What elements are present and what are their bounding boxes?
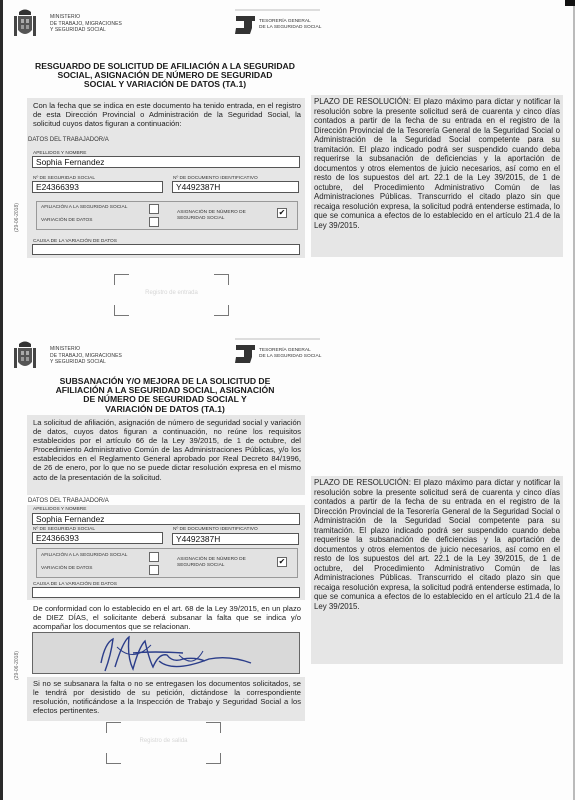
stamp-corner xyxy=(214,274,229,285)
afiliacion-label: AFILIACIÓN A LA SEGURIDAD SOCIAL xyxy=(41,553,127,559)
causa-field[interactable] xyxy=(32,244,300,255)
scan-edge-left xyxy=(0,0,3,800)
variacion-checkbox[interactable] xyxy=(149,565,159,575)
stamp-label: Registro de salida xyxy=(106,738,221,744)
title-line: VARIACIÓN DE DATOS (TA.1) xyxy=(20,405,310,414)
divider xyxy=(235,338,320,340)
asignacion-label-line: SEGURIDAD SOCIAL xyxy=(177,563,246,569)
tgss-line: DE LA SEGURIDAD SOCIAL xyxy=(259,354,321,360)
asignacion-checkbox[interactable]: ✔ xyxy=(277,208,287,218)
tgss-name: TESORERÍA GENERAL DE LA SEGURIDAD SOCIAL xyxy=(259,19,321,31)
intro-copy2: La solicitud de afiliación, asignación d… xyxy=(33,418,301,482)
warning-text: Si no se subsanara la falta o no se entr… xyxy=(33,679,301,715)
variacion-label: VARIACIÓN DE DATOS xyxy=(41,218,92,224)
stamp-corner xyxy=(106,753,121,764)
afiliacion-checkbox[interactable] xyxy=(149,552,159,562)
asignacion-label-line: SEGURIDAD SOCIAL xyxy=(177,216,246,222)
causa-field[interactable] xyxy=(32,587,300,598)
asignacion-label: ASIGNACIÓN DE NÚMERO DE SEGURIDAD SOCIAL xyxy=(177,210,246,222)
title-copy2: SUBSANACIÓN Y/O MEJORA DE LA SOLICITUD D… xyxy=(20,377,310,414)
ministry-name: MINISTERIO DE TRABAJO, MIGRACIONES Y SEG… xyxy=(50,14,122,34)
ss-number-field[interactable]: E24366393 xyxy=(32,181,163,193)
stamp-label: Registro de entrada xyxy=(114,290,229,296)
title-line: SOCIAL Y VARIACIÓN DE DATOS (TA.1) xyxy=(20,80,310,89)
ministry-name: MINISTERIO DE TRABAJO, MIGRACIONES Y SEG… xyxy=(50,346,122,366)
ss-number-field[interactable]: E24366393 xyxy=(32,532,163,544)
tgss-logo-icon xyxy=(235,16,255,34)
variacion-label: VARIACIÓN DE DATOS xyxy=(41,566,92,572)
variacion-checkbox[interactable] xyxy=(149,217,159,227)
scan-corner-mark xyxy=(565,0,575,6)
tgss-header-copy2: TESORERÍA GENERAL DE LA SEGURIDAD SOCIAL xyxy=(235,341,325,375)
tgss-header-copy1: TESORERÍA GENERAL DE LA SEGURIDAD SOCIAL xyxy=(235,12,325,46)
tgss-line: DE LA SEGURIDAD SOCIAL xyxy=(259,25,321,31)
stamp-corner xyxy=(214,305,229,316)
request-type-group: AFILIACIÓN A LA SEGURIDAD SOCIAL VARIACI… xyxy=(36,201,298,230)
intro-copy1: Con la fecha que se indica en este docum… xyxy=(33,101,301,128)
afiliacion-label: AFILIACIÓN A LA SEGURIDAD SOCIAL xyxy=(41,205,127,211)
plazo-text-copy1: PLAZO DE RESOLUCIÓN: El plazo máximo par… xyxy=(314,97,560,230)
signature-scribble-icon xyxy=(33,633,301,675)
signature-box[interactable] xyxy=(32,632,300,674)
doc-number-label: Nº DE DOCUMENTO IDENTIFICATIVO xyxy=(173,527,258,532)
exit-register-stamp: Registro de salida xyxy=(106,722,221,764)
name-field[interactable]: Sophia Fernandez xyxy=(32,513,300,525)
plazo-text-copy2: PLAZO DE RESOLUCIÓN: El plazo máximo par… xyxy=(314,478,560,611)
conformity-text: De conformidad con lo establecido en el … xyxy=(33,604,301,631)
afiliacion-checkbox[interactable] xyxy=(149,204,159,214)
stamp-corner xyxy=(206,753,221,764)
title-copy1: RESGUARDO DE SOLICITUD DE AFILIACIÓN A L… xyxy=(20,62,310,90)
tgss-logo-icon xyxy=(235,345,255,363)
name-label: APELLIDOS Y NOMBRE xyxy=(33,507,86,512)
ministry-line: Y SEGURIDAD SOCIAL xyxy=(50,27,122,34)
ministry-line: Y SEGURIDAD SOCIAL xyxy=(50,359,122,366)
doc-number-field[interactable]: Y4492387H xyxy=(172,533,299,545)
stamp-corner xyxy=(106,722,121,733)
stamp-corner xyxy=(114,305,129,316)
coat-of-arms-icon xyxy=(14,340,36,372)
section-label: DATOS DEL TRABAJADOR/A xyxy=(28,137,109,143)
entry-register-stamp: Registro de entrada xyxy=(114,274,229,316)
asignacion-label: ASIGNACIÓN DE NÚMERO DE SEGURIDAD SOCIAL xyxy=(177,557,246,569)
side-date-copy2: (29-06-2018) xyxy=(14,651,20,680)
side-date-copy1: (29-06-2018) xyxy=(14,203,20,232)
stamp-corner xyxy=(206,722,221,733)
request-type-group: AFILIACIÓN A LA SEGURIDAD SOCIAL VARIACI… xyxy=(36,548,298,578)
doc-number-field[interactable]: Y4492387H xyxy=(172,181,299,193)
divider xyxy=(235,9,320,11)
tgss-name: TESORERÍA GENERAL DE LA SEGURIDAD SOCIAL xyxy=(259,348,321,360)
name-field[interactable]: Sophia Fernandez xyxy=(32,156,300,168)
asignacion-checkbox[interactable]: ✔ xyxy=(277,557,287,567)
stamp-corner xyxy=(114,274,129,285)
section-label: DATOS DEL TRABAJADOR/A xyxy=(28,498,109,504)
coat-of-arms-icon xyxy=(14,8,36,40)
